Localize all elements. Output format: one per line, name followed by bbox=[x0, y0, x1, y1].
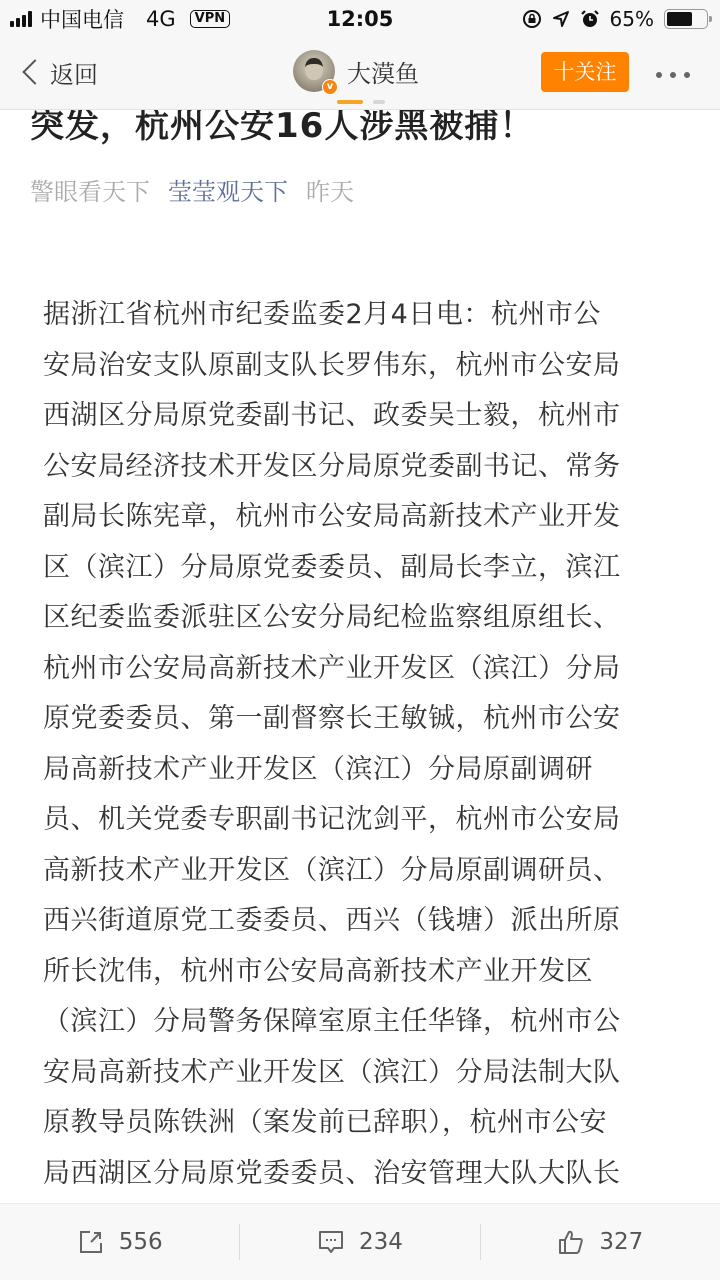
follow-button[interactable]: 十关注 bbox=[541, 52, 629, 92]
bottom-toolbar: 556 234 327 bbox=[0, 1203, 720, 1280]
body-line: 高新技术产业开发区（滨江）分局原副调研员、 bbox=[43, 846, 683, 897]
page-indicator bbox=[337, 100, 385, 104]
page-dot bbox=[373, 100, 385, 104]
article-source[interactable]: 警眼看天下 bbox=[30, 172, 150, 207]
body-line: 安局高新技术产业开发区（滨江）分局法制大队 bbox=[43, 1048, 683, 1099]
body-line: 副局长陈宪章，杭州市公安局高新技术产业开发 bbox=[43, 492, 683, 543]
body-line: 原党委委员、第一副督察长王敏铖，杭州市公安 bbox=[43, 694, 683, 745]
comment-icon bbox=[317, 1228, 345, 1256]
body-line: 员、机关党委专职副书记沈剑平，杭州市公安局 bbox=[43, 795, 683, 846]
repost-button[interactable]: 556 bbox=[0, 1204, 239, 1280]
alarm-icon bbox=[580, 9, 600, 29]
body-line: 西兴街道原党工委委员、西兴（钱塘）派出所原 bbox=[43, 896, 683, 947]
avatar[interactable]: v bbox=[293, 50, 335, 92]
location-arrow-icon bbox=[552, 10, 570, 28]
status-left: 中国电信 4G VPN bbox=[10, 0, 230, 38]
status-bar: 中国电信 4G VPN 12:05 65% bbox=[0, 0, 720, 38]
like-count: 327 bbox=[599, 1229, 643, 1255]
body-line: 所长沈伟，杭州市公安局高新技术产业开发区 bbox=[43, 947, 683, 998]
signal-icon bbox=[10, 11, 32, 27]
body-line: 西湖区分局原党委副书记、政委吴士毅，杭州市 bbox=[43, 391, 683, 442]
repost-count: 556 bbox=[119, 1229, 163, 1255]
body-line: 杭州市公安局高新技术产业开发区（滨江）分局 bbox=[43, 644, 683, 695]
body-line: 公安局经济技术开发区分局原党委副书记、常务 bbox=[43, 442, 683, 493]
page-dot-active bbox=[337, 100, 363, 104]
author-name[interactable]: 大漠鱼 bbox=[347, 54, 419, 89]
thumbs-up-icon bbox=[557, 1228, 585, 1256]
body-line: 原教导员陈铁洲（案发前已辞职），杭州市公安 bbox=[43, 1098, 683, 1149]
more-dots-icon[interactable] bbox=[656, 72, 690, 78]
article-time: 昨天 bbox=[306, 172, 354, 207]
like-button[interactable]: 327 bbox=[481, 1204, 720, 1280]
body-line: 据浙江省杭州市纪委监委2月4日电：杭州市公 bbox=[43, 290, 683, 341]
chevron-left-icon bbox=[22, 59, 47, 84]
back-label: 返回 bbox=[50, 55, 98, 90]
article-body: 据浙江省杭州市纪委监委2月4日电：杭州市公 安局治安支队原副支队长罗伟东，杭州市… bbox=[43, 290, 683, 1199]
verified-badge-icon: v bbox=[322, 79, 338, 95]
article-via-link[interactable]: 莹莹观天下 bbox=[168, 172, 288, 207]
body-line: 局西湖区分局原党委委员、治安管理大队大队长 bbox=[43, 1149, 683, 1200]
network-type: 4G bbox=[146, 7, 176, 31]
vpn-icon: VPN bbox=[190, 10, 230, 28]
body-line: 局高新技术产业开发区（滨江）分局原副调研 bbox=[43, 745, 683, 796]
body-line: 区（滨江）分局原党委委员、副局长李立，滨江 bbox=[43, 543, 683, 594]
body-line: （滨江）分局警务保障室原主任华锋，杭州市公 bbox=[43, 997, 683, 1048]
back-button[interactable]: 返回 bbox=[18, 52, 98, 92]
status-right: 65% bbox=[522, 0, 708, 38]
nav-bar: 返回 v 大漠鱼 十关注 bbox=[0, 38, 720, 110]
body-line: 区纪委监委派驻区公安分局纪检监察组原组长、 bbox=[43, 593, 683, 644]
battery-percent: 65% bbox=[610, 7, 654, 31]
body-line: 安局治安支队原副支队长罗伟东，杭州市公安局 bbox=[43, 341, 683, 392]
comment-button[interactable]: 234 bbox=[240, 1204, 479, 1280]
carrier-name: 中国电信 bbox=[40, 4, 124, 34]
orientation-lock-icon bbox=[522, 9, 542, 29]
article-meta: 警眼看天下 莹莹观天下 昨天 bbox=[30, 172, 354, 207]
comment-count: 234 bbox=[359, 1229, 403, 1255]
battery-icon bbox=[664, 9, 708, 29]
share-icon bbox=[77, 1228, 105, 1256]
author-header[interactable]: v 大漠鱼 bbox=[293, 50, 419, 92]
